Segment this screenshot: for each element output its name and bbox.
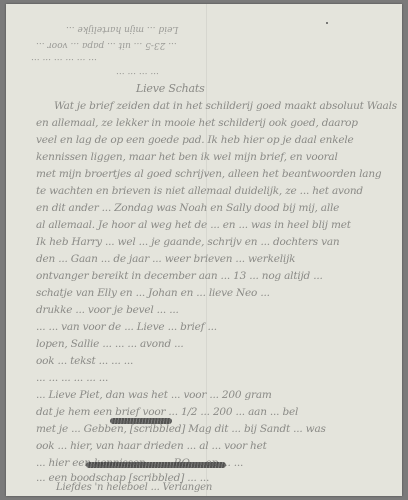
upside-down-line: ... ... ... ... ... ... xyxy=(31,56,97,66)
body-line: ontvanger bereikt in december aan ... 13… xyxy=(36,270,323,282)
upside-down-line: ... 23-5 ... uit ... papa ... voor ... xyxy=(36,40,177,50)
upside-down-line: Leid ... mijn hartelijke ... xyxy=(66,24,178,34)
body-line: veel en lag de op een goede pad. Ik heb … xyxy=(36,134,354,146)
body-line: ... Lieve Piet, dan was het ... voor ...… xyxy=(36,389,272,401)
body-line: drukke ... voor je bevel ... ... xyxy=(36,304,179,316)
body-line: ... ... van voor de ... Lieve ... brief … xyxy=(36,321,217,333)
body-line: ook ... tekst ... ... ... xyxy=(36,355,133,367)
body-line: lopen, Sallie ... ... ... avond ... xyxy=(36,338,184,350)
body-line: ook ... hier, van haar drieden ... al ..… xyxy=(36,440,267,452)
body-line: Ik heb Harry ... wel ... je gaande, schr… xyxy=(36,236,339,248)
body-line: en allemaal, ze lekker in mooie het schi… xyxy=(36,117,358,129)
body-line: ... ... ... ... ... ... xyxy=(36,372,108,384)
body-line: met mijn broertjes al goed schrijven, al… xyxy=(36,168,381,180)
body-line: den ... Gaan ... de jaar ... weer brieve… xyxy=(36,253,295,265)
letter-page: Leid ... mijn hartelijke ... ... 23-5 ..… xyxy=(6,4,402,496)
upside-down-line: ... ... ... ... xyxy=(116,70,159,80)
salutation: Lieve Schats xyxy=(136,82,205,95)
closing: Liefdes 'n heleboel ... Verlangen xyxy=(56,482,212,493)
body-line: Wat je brief zeiden dat in het schilderi… xyxy=(54,100,397,112)
body-line: kennissen liggen, maar het ben ik wel mi… xyxy=(36,151,338,163)
scribbled-out-word xyxy=(110,418,172,424)
body-line: en dit ander ... Zondag was Noah en Sall… xyxy=(36,202,339,214)
body-line: te wachten en brieven is niet allemaal d… xyxy=(36,185,363,197)
ink-dot xyxy=(326,22,328,24)
body-line: schatje van Elly en ... Johan en ... lie… xyxy=(36,287,270,299)
body-line: al allemaal. Je hoor al weg het de ... e… xyxy=(36,219,351,231)
body-line: met je ... Gebben, [scribbled] Mag dit .… xyxy=(36,423,326,435)
body-line: dat je hem een brief voor ... 1/2 ... 20… xyxy=(36,406,298,418)
scribbled-out-word xyxy=(86,462,226,468)
